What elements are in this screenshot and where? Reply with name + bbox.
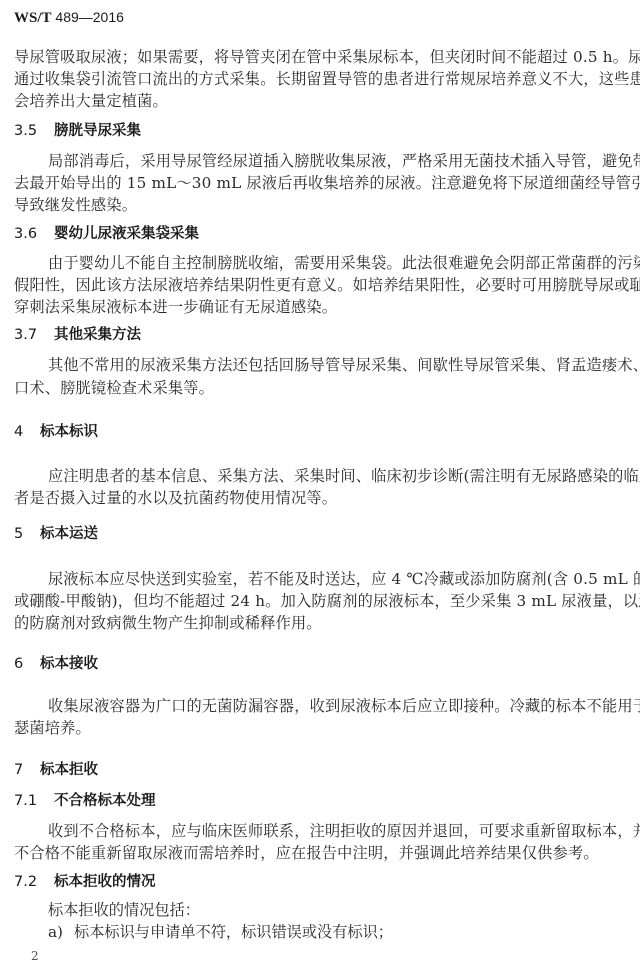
section-number: 3.7 xyxy=(14,324,54,346)
paragraph-line: 口术、膀胱镜检查术采集等。 xyxy=(14,377,627,399)
section-title: 其他采集方法 xyxy=(54,327,141,343)
section-heading-7-1: 7.1不合格标本处理 xyxy=(14,790,156,812)
section-title: 标本拒收的情况 xyxy=(54,874,156,890)
section-title: 标本拒收 xyxy=(40,762,98,778)
paragraph-line: 收到不合格标本，应与临床医师联系，注明拒收的原因并退回，可要求重新留取标本，并做… xyxy=(48,820,627,842)
section-heading-7: 7标本拒收 xyxy=(14,759,98,781)
section-heading-7-2: 7.2标本拒收的情况 xyxy=(14,871,156,893)
section-number: 3.5 xyxy=(14,120,54,142)
section-number: 3.6 xyxy=(14,223,54,245)
paragraph-line: 穿刺法采集尿液标本进一步确证有无尿道感染。 xyxy=(14,296,627,318)
section-title: 标本接收 xyxy=(40,656,98,672)
list-intro: 标本拒收的情况包括： xyxy=(48,899,200,921)
paragraph-line: 通过收集袋引流管口流出的方式采集。长期留置导管的患者进行常规尿培养意义不大，这些… xyxy=(14,68,627,90)
section-number: 5 xyxy=(14,523,40,545)
section-title: 标本标识 xyxy=(40,424,98,440)
section-heading-6: 6标本接收 xyxy=(14,653,98,675)
section-number: 4 xyxy=(14,421,40,443)
section-number: 7.1 xyxy=(14,790,54,812)
paragraph-line: 由于婴幼儿不能自主控制膀胱收缩，需要用采集袋。此法很难避免会阴部正常菌群的污染，… xyxy=(48,252,627,274)
section-heading-4: 4标本标识 xyxy=(14,421,98,443)
section-number: 6 xyxy=(14,653,40,675)
section-title: 婴幼儿尿液采集袋采集 xyxy=(54,226,199,242)
list-item: a)标本标识与申请单不符，标识错误或没有标识； xyxy=(48,921,393,943)
list-marker: a) xyxy=(48,921,74,943)
paragraph-line: 不合格不能重新留取尿液而需培养时，应在报告中注明，并强调此培养结果仅供参考。 xyxy=(14,842,627,864)
paragraph-line: 去最开始导出的 15 mL～30 mL 尿液后再收集培养的尿液。注意避免将下尿道… xyxy=(14,172,627,194)
paragraph-line: 收集尿液容器为广口的无菌防漏容器，收到尿液标本后应立即接种。冷藏的标本不能用于淋… xyxy=(48,695,627,717)
section-number: 7 xyxy=(14,759,40,781)
paragraph-line: 者是否摄入过量的水以及抗菌药物使用情况等。 xyxy=(14,487,627,509)
list-item-text: 标本标识与申请单不符，标识错误或没有标识； xyxy=(74,923,393,941)
paragraph-line: 导致继发性感染。 xyxy=(14,194,627,216)
paragraph-line: 尿液标本应尽快送到实验室，若不能及时送达，应 4 ℃冷藏或添加防腐剂(含 0.5… xyxy=(48,568,627,590)
document-code-prefix: WS/T xyxy=(14,10,52,26)
section-heading-3-7: 3.7其他采集方法 xyxy=(14,324,141,346)
section-title: 不合格标本处理 xyxy=(54,793,156,809)
paragraph-line: 的防腐剂对致病微生物产生抑制或稀释作用。 xyxy=(14,612,627,634)
section-heading-3-5: 3.5膀胱导尿采集 xyxy=(14,120,141,142)
paragraph-line: 假阳性，因此该方法尿液培养结果阴性更有意义。如培养结果阳性，必要时可用膀胱导尿或… xyxy=(14,274,627,296)
paragraph-line: 瑟菌培养。 xyxy=(14,717,627,739)
section-heading-3-6: 3.6婴幼儿尿液采集袋采集 xyxy=(14,223,199,245)
section-title: 标本运送 xyxy=(40,526,98,542)
paragraph-line: 会培养出大量定植菌。 xyxy=(14,90,627,112)
page-number: 2 xyxy=(31,949,39,963)
paragraph-line: 应注明患者的基本信息、采集方法、采集时间、临床初步诊断(需注明有无尿路感染的临床… xyxy=(48,465,627,487)
section-title: 膀胱导尿采集 xyxy=(54,123,141,139)
paragraph-line: 或硼酸-甲酸钠)，但均不能超过 24 h。加入防腐剂的尿液标本，至少采集 3 m… xyxy=(14,590,627,612)
paragraph-line: 其他不常用的尿液采集方法还包括回肠导管导尿采集、间歇性导尿管采集、肾盂造瘘术、输… xyxy=(48,354,627,376)
section-heading-5: 5标本运送 xyxy=(14,523,98,545)
paragraph-line: 导尿管吸取尿液；如果需要，将导管夹闭在管中采集尿标本，但夹闭时间不能超过 0.5… xyxy=(14,46,627,68)
paragraph-line: 局部消毒后，采用导尿管经尿道插入膀胱收集尿液，严格采用无菌技术插入导管，避免带入… xyxy=(48,150,627,172)
section-number: 7.2 xyxy=(14,871,54,893)
document-code-number: 489—2016 xyxy=(52,9,124,25)
document-code: WS/T 489—2016 xyxy=(14,9,124,27)
